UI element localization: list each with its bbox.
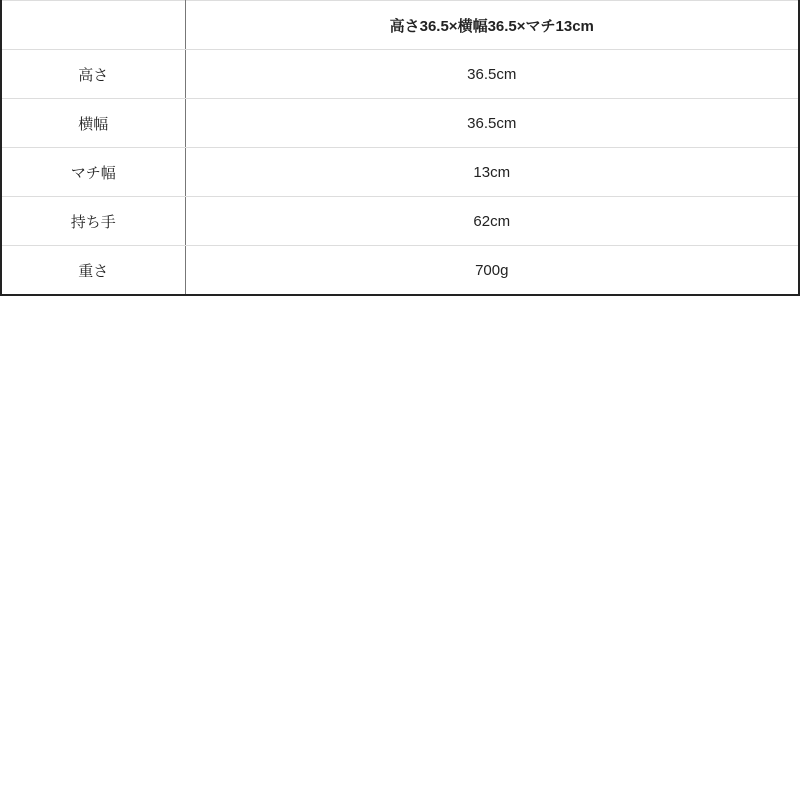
table-row-width: 横幅 36.5cm <box>1 99 799 148</box>
header-dimensions-summary: 高さ36.5×横幅36.5×マチ13cm <box>185 1 799 50</box>
row-value: 36.5cm <box>185 99 799 148</box>
row-value: 700g <box>185 246 799 296</box>
row-value: 13cm <box>185 148 799 197</box>
size-spec-table: 高さ36.5×横幅36.5×マチ13cm 高さ 36.5cm 横幅 36.5cm… <box>0 0 800 296</box>
row-label: 持ち手 <box>1 197 185 246</box>
row-label: 横幅 <box>1 99 185 148</box>
table-header-row: 高さ36.5×横幅36.5×マチ13cm <box>1 1 799 50</box>
header-label-cell <box>1 1 185 50</box>
row-label: 高さ <box>1 50 185 99</box>
table-row-weight: 重さ 700g <box>1 246 799 296</box>
row-label: 重さ <box>1 246 185 296</box>
row-value: 36.5cm <box>185 50 799 99</box>
table-row-handle: 持ち手 62cm <box>1 197 799 246</box>
row-label: マチ幅 <box>1 148 185 197</box>
table-row-height: 高さ 36.5cm <box>1 50 799 99</box>
row-value: 62cm <box>185 197 799 246</box>
table-row-gusset: マチ幅 13cm <box>1 148 799 197</box>
